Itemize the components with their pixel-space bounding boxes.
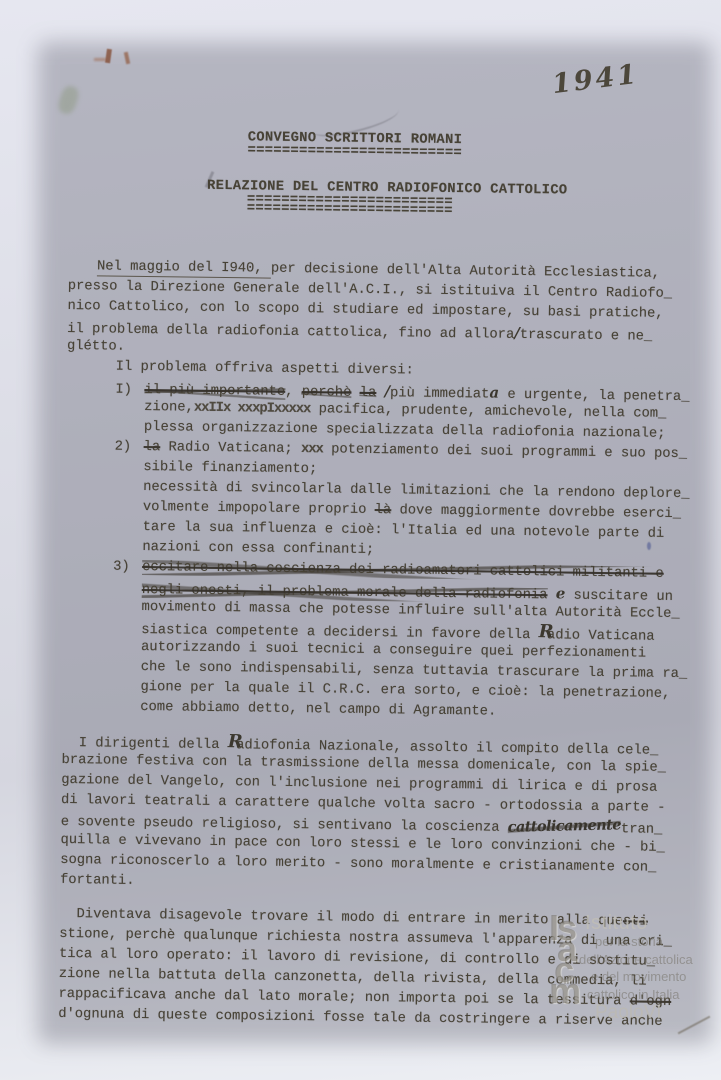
text-sth: perchè — [302, 385, 352, 401]
text-run: come abbiamo detto, nel campo di Agraman… — [140, 700, 496, 720]
rust-stain — [94, 58, 106, 61]
text-ul: Nel maggio del I940, — [97, 259, 271, 278]
text-run: trascurato e ne_ — [520, 328, 653, 345]
text-hw: e — [556, 584, 566, 602]
text-run: più immediat — [390, 386, 490, 402]
text-run: nazioni con essa confinanti; — [142, 540, 374, 558]
text-run: Il problema offriva aspetti diversi: — [116, 360, 414, 379]
text-run: pacifica, prudente, amichevole, nella co… — [310, 402, 666, 422]
archive-watermark: Isacm Istitutoper la storiadell'Azione c… — [549, 913, 721, 1043]
text-run: volmente impopolare proprio — [143, 500, 375, 518]
text-run: Radio Vaticana; — [160, 440, 301, 457]
scan-background: { "annotations": { "year": "1941" }, "co… — [0, 0, 721, 1080]
text-run — [547, 588, 555, 603]
watermark-line: dell'Azione cattolica — [579, 951, 693, 969]
text-sth: la — [360, 386, 377, 401]
watermark-line: per la storia — [595, 933, 693, 951]
watermark-text: Istitutoper la storiadell'Azione cattoli… — [585, 913, 693, 1022]
watermark-line: cattolico in Italia — [587, 986, 693, 1004]
typed-document: CONVEGNO SCRITTORI ROMANI ==============… — [58, 116, 718, 1033]
text-hwo: cattolicamente — [508, 815, 622, 837]
text-run: suscitare un — [565, 589, 673, 605]
text-hwR: R — [228, 732, 237, 752]
list-marker: 2) — [115, 438, 144, 458]
text-st: la — [144, 440, 161, 455]
text-ot: xxx — [301, 442, 323, 457]
watermark-line: Istituto — [585, 913, 693, 933]
text-run: sibile finanziamento; — [143, 460, 317, 477]
watermark-line: e del movimento — [591, 968, 693, 986]
text-run: potenziamento dei suoi programmi e suo p… — [323, 442, 687, 462]
text-run: tran_ — [621, 822, 663, 838]
text-run: , — [285, 385, 302, 400]
watermark-monogram: Isacm — [549, 917, 579, 1001]
text-hw: a — [489, 384, 499, 402]
text-hwR: R — [539, 622, 548, 642]
text-run: adio Vaticana — [547, 628, 655, 644]
text-run: glétto. — [67, 339, 125, 355]
text-run: fortanti. — [60, 873, 135, 889]
watermark-monogram-letter: m — [549, 980, 579, 1001]
text-run: zione, — [144, 400, 194, 416]
watermark-line: PaoloVI — [595, 1003, 693, 1022]
text-run: per decisione dell'Alta Autorità Ecclesi… — [271, 262, 660, 282]
list-marker: 3) — [113, 558, 142, 578]
text-st: là — [375, 503, 392, 518]
text-run: dove maggiormente dovrebbe eserci_ — [391, 503, 681, 522]
text-ot: xxIIx xxxpIxxxxx — [194, 401, 311, 418]
